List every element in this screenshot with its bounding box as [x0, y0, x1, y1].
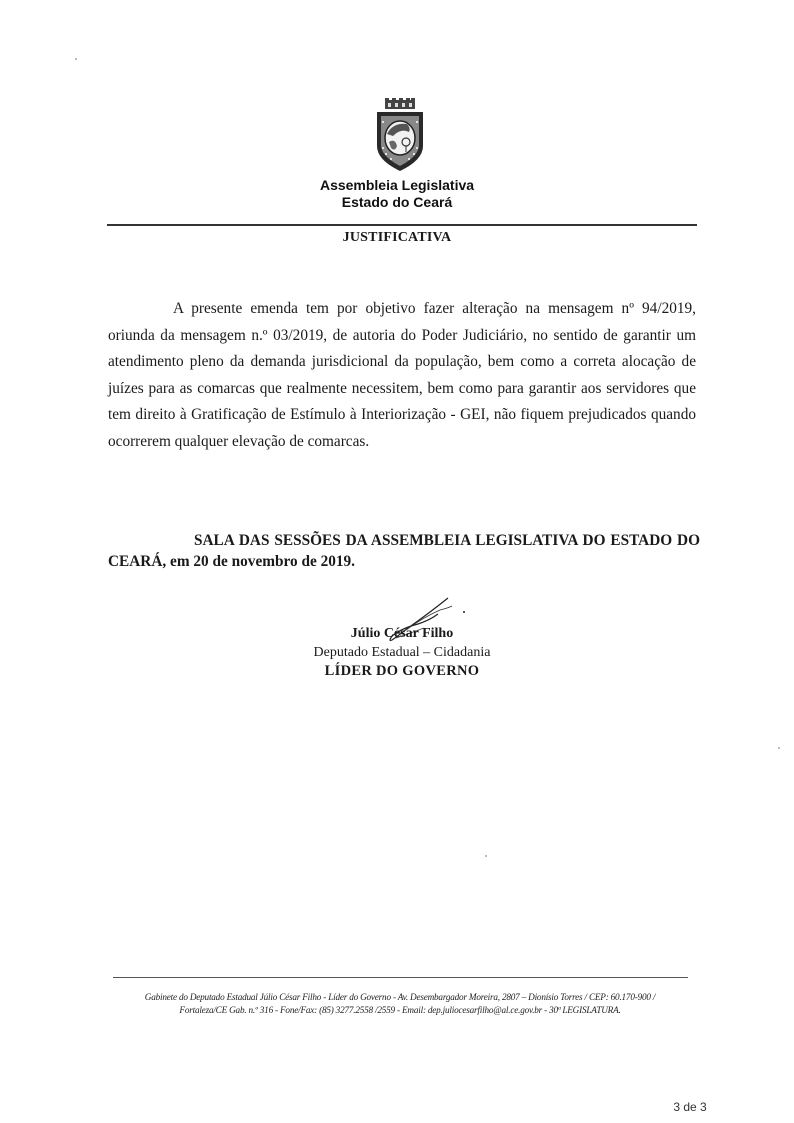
- page-indicator: 3 de 3: [660, 1100, 720, 1114]
- justification-paragraph: A presente emenda tem por objetivo fazer…: [108, 296, 696, 456]
- session-closing: SALA DAS SESSÕES DA ASSEMBLEIA LEGISLATI…: [108, 530, 700, 572]
- signatory-name: Júlio César Filho: [0, 626, 794, 642]
- footer-line-1: Gabinete do Deputado Estadual Júlio Césa…: [100, 991, 700, 1004]
- footer-divider: [113, 977, 688, 978]
- signatory-role: Deputado Estadual – Cidadania: [0, 645, 794, 661]
- ceara-state-coat-of-arms-icon: [373, 98, 427, 172]
- scan-speck: [485, 855, 487, 857]
- header-divider: [107, 224, 697, 226]
- document-title: JUSTIFICATIVA: [0, 230, 794, 246]
- signatory-title: LÍDER DO GOVERNO: [0, 663, 794, 680]
- footer-contact: Gabinete do Deputado Estadual Júlio Césa…: [100, 991, 700, 1017]
- institution-state: Estado do Ceará: [0, 194, 794, 210]
- document-page: Assembleia Legislativa Estado do Ceará J…: [0, 0, 794, 1123]
- footer-line-2: Fortaleza/CE Gab. n.º 316 - Fone/Fax: (8…: [100, 1004, 700, 1017]
- institution-name: Assembleia Legislativa: [0, 177, 794, 193]
- scan-speck: [778, 747, 780, 749]
- scan-speck: [75, 58, 77, 60]
